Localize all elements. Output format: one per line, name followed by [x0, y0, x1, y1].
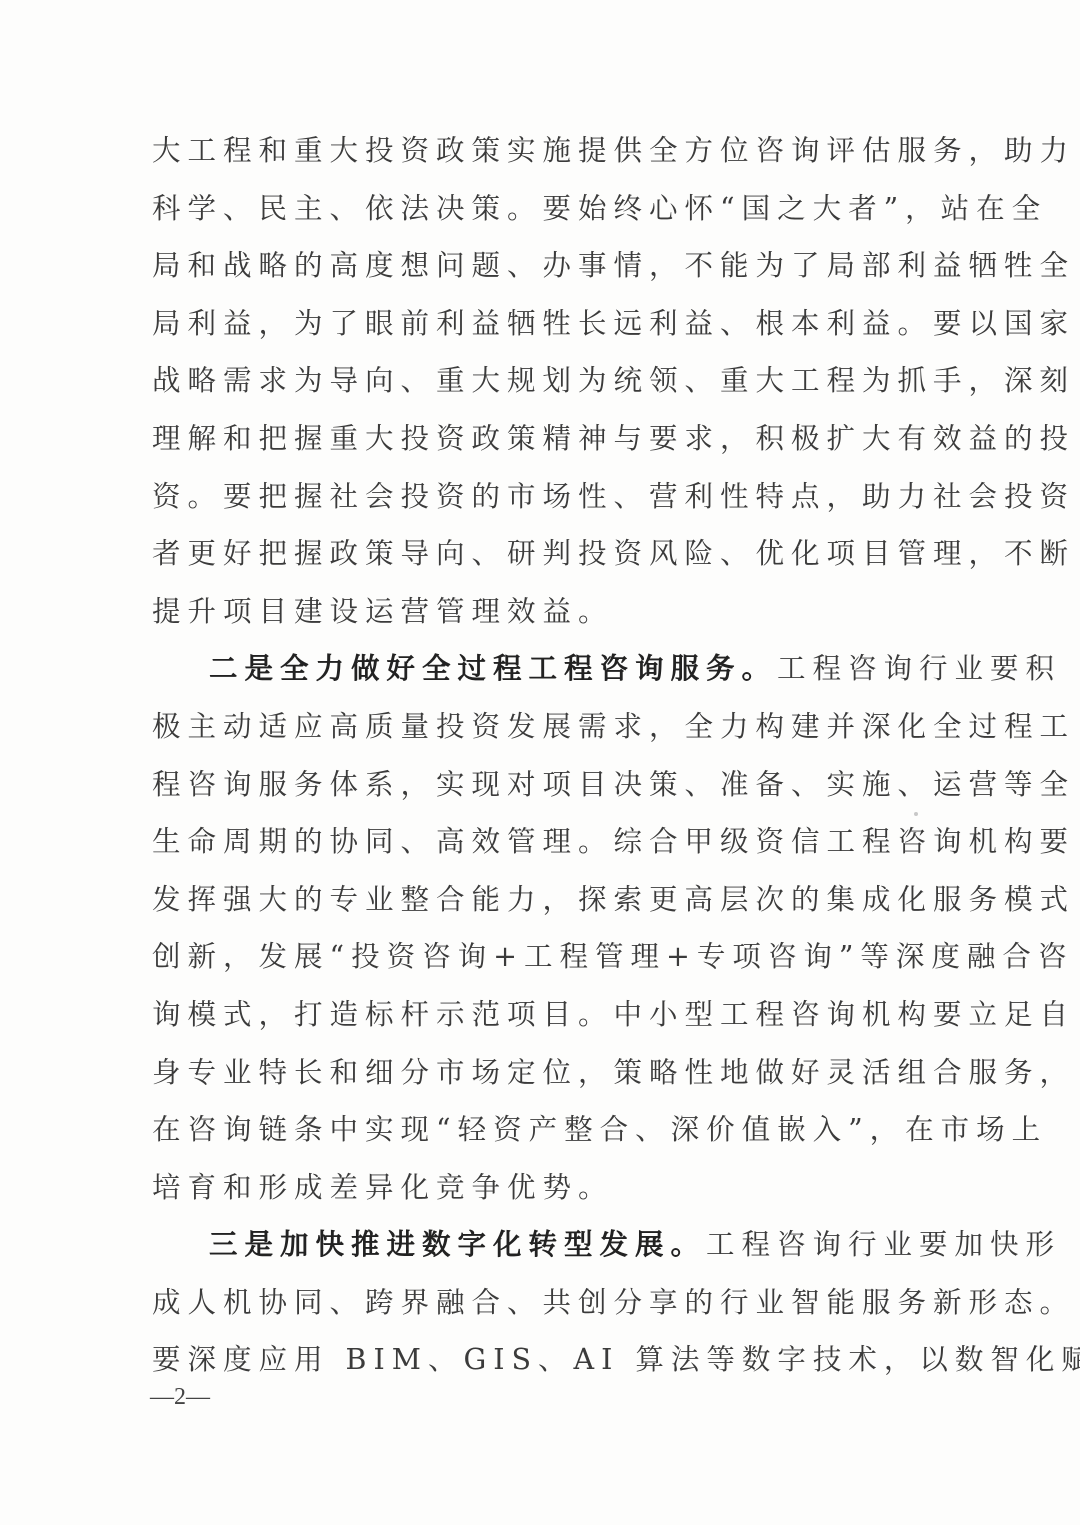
text-line: 科学、民主、依法决策。要始终心怀“国之大者”，站在全 [152, 180, 912, 238]
text-line: 极主动适应高质量投资发展需求，全力构建并深化全过程工 [152, 698, 912, 756]
text-line: 资。要把握社会投资的市场性、营利性特点，助力社会投资 [152, 468, 912, 526]
document-body: 大工程和重大投资政策实施提供全方位咨询评估服务，助力 科学、民主、依法决策。要始… [152, 122, 912, 1389]
text-line: 战略需求为导向、重大规划为统领、重大工程为抓手，深刻 [152, 352, 912, 410]
text-line: 询模式，打造标杆示范项目。中小型工程咨询机构要立足自 [152, 986, 912, 1044]
scan-speck [914, 812, 918, 816]
text-line: 局利益，为了眼前利益牺牲长远利益、根本利益。要以国家 [152, 295, 912, 353]
text-line: 身专业特长和细分市场定位，策略性地做好灵活组合服务， [152, 1044, 912, 1102]
text-line: 发挥强大的专业整合能力，探索更高层次的集成化服务模式 [152, 871, 912, 929]
text-run: 工程咨询行业要积 [777, 652, 1061, 685]
paragraph-2: 二是全力做好全过程工程咨询服务。工程咨询行业要积 极主动适应高质量投资发展需求，… [152, 640, 912, 1216]
paragraph-3: 三是加快推进数字化转型发展。工程咨询行业要加快形 成人机协同、跨界融合、共创分享… [152, 1216, 912, 1389]
text-line: 生命周期的协同、高效管理。综合甲级资信工程咨询机构要 [152, 813, 912, 871]
text-line: 创新，发展“投资咨询+工程管理+专项咨询”等深度融合咨 [152, 928, 912, 986]
scan-speck [1048, 380, 1051, 383]
text-line: 要深度应用 BIM、GIS、AI 算法等数字技术，以数智化赋能 [152, 1331, 912, 1389]
section-heading-2: 二是全力做好全过程工程咨询服务。 [209, 652, 777, 685]
text-line-first: 二是全力做好全过程工程咨询服务。工程咨询行业要积 [152, 640, 912, 698]
text-run: 工程咨询行业要加快形 [706, 1228, 1061, 1261]
text-line: 程咨询服务体系，实现对项目决策、准备、实施、运营等全 [152, 756, 912, 814]
document-page: 大工程和重大投资政策实施提供全方位咨询评估服务，助力 科学、民主、依法决策。要始… [0, 0, 1080, 1525]
text-line: 在咨询链条中实现“轻资产整合、深价值嵌入”，在市场上 [152, 1101, 912, 1159]
page-number: —2— [150, 1384, 210, 1411]
text-line: 成人机协同、跨界融合、共创分享的行业智能服务新形态。 [152, 1274, 912, 1332]
section-heading-3: 三是加快推进数字化转型发展。 [209, 1228, 706, 1261]
text-line: 者更好把握政策导向、研判投资风险、优化项目管理，不断 [152, 525, 912, 583]
text-line: 培育和形成差异化竞争优势。 [152, 1159, 912, 1217]
text-line: 局和战略的高度想问题、办事情，不能为了局部利益牺牲全 [152, 237, 912, 295]
text-line-first: 三是加快推进数字化转型发展。工程咨询行业要加快形 [152, 1216, 912, 1274]
paragraph-1: 大工程和重大投资政策实施提供全方位咨询评估服务，助力 科学、民主、依法决策。要始… [152, 122, 912, 640]
text-line: 理解和把握重大投资政策精神与要求，积极扩大有效益的投 [152, 410, 912, 468]
text-line: 大工程和重大投资政策实施提供全方位咨询评估服务，助力 [152, 122, 912, 180]
text-line: 提升项目建设运营管理效益。 [152, 583, 912, 641]
